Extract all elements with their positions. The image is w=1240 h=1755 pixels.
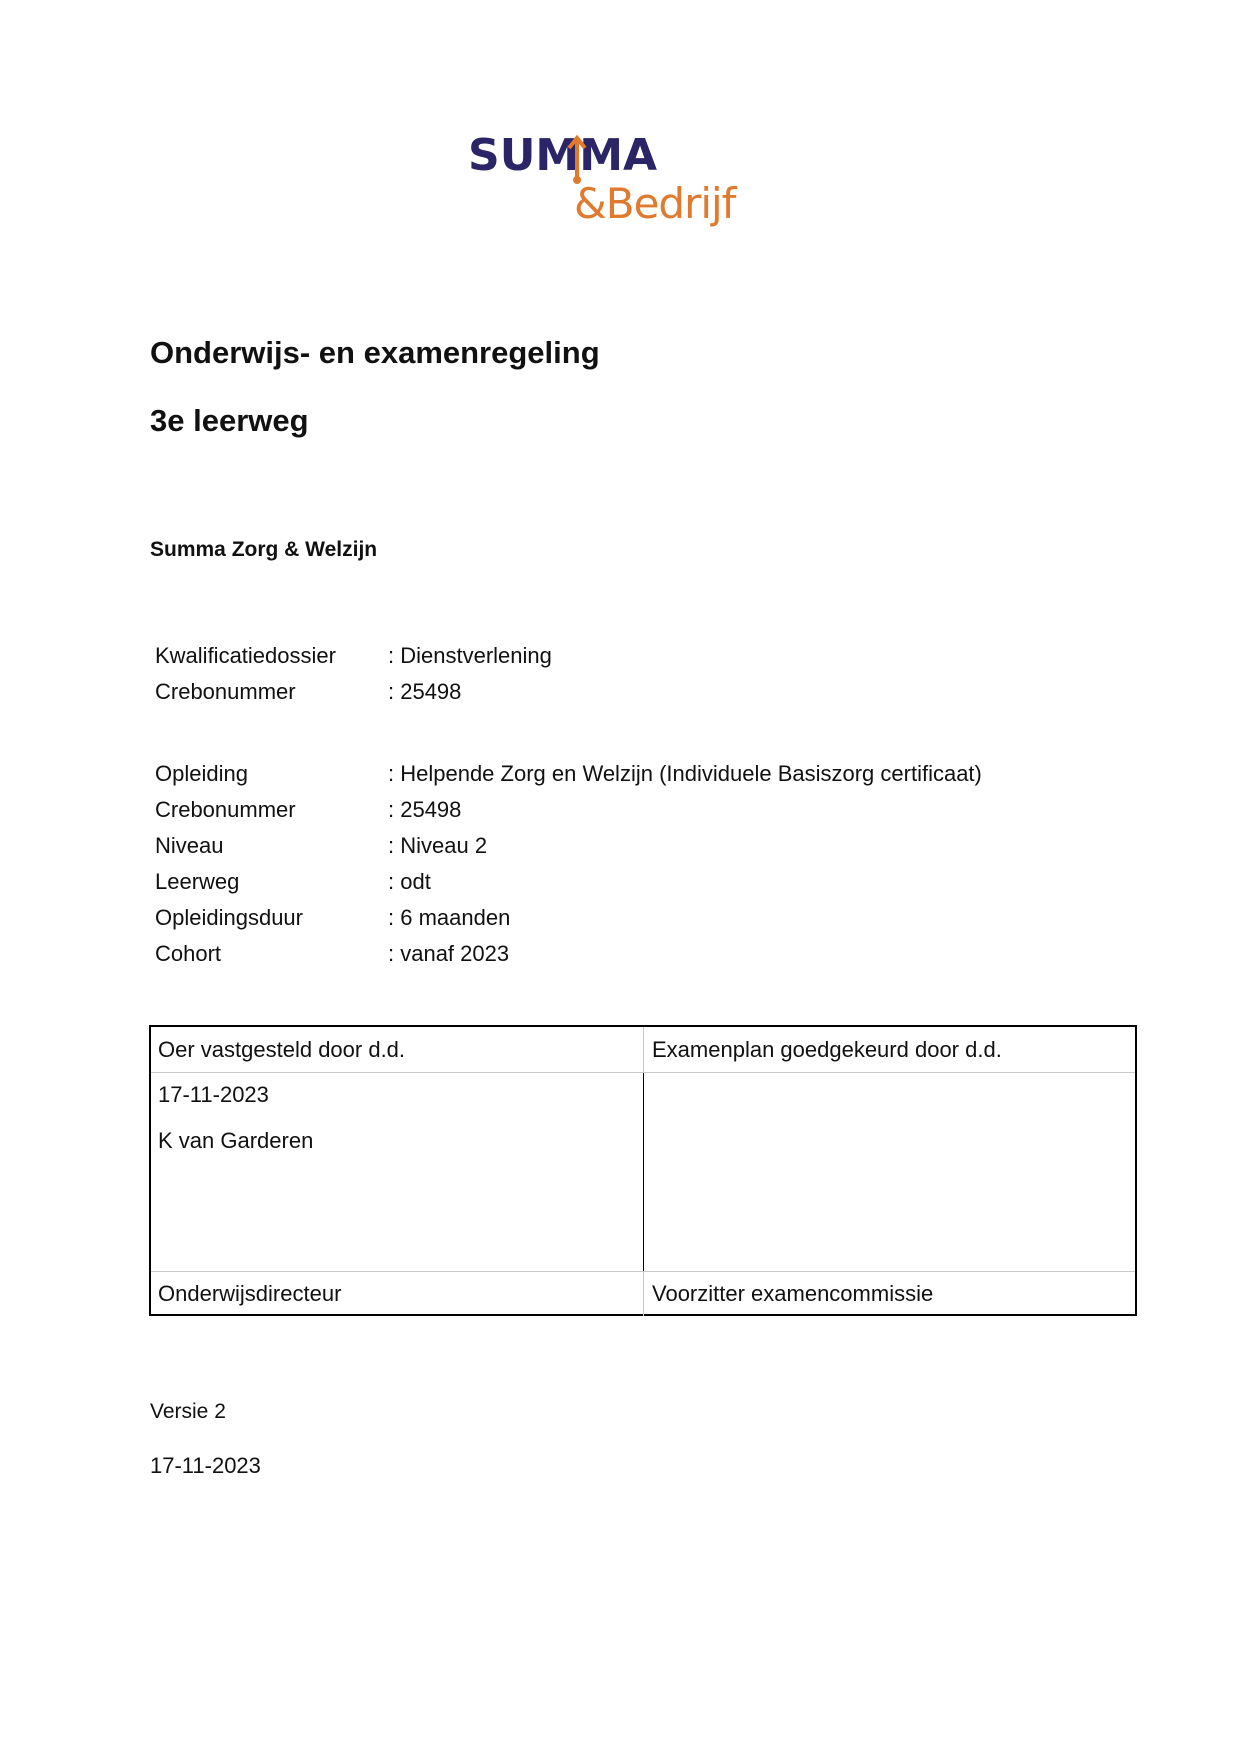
info-label: Crebonummer	[155, 792, 388, 828]
document-version: Versie 2	[150, 1399, 226, 1425]
info-row: Leerweg : odt	[155, 864, 982, 900]
info-value: : 25498	[388, 674, 461, 710]
approval-table: Oer vastgesteld door d.d. Examenplan goe…	[149, 1025, 1137, 1316]
info-value: : Niveau 2	[388, 828, 487, 864]
info-value: : Helpende Zorg en Welzijn (Individuele …	[388, 756, 982, 792]
info-label: Cohort	[155, 936, 388, 972]
info-value: : 6 maanden	[388, 900, 510, 936]
info-row: Crebonummer : 25498	[155, 792, 982, 828]
table-column-divider	[643, 1027, 644, 1072]
info-value: : odt	[388, 864, 431, 900]
approval-date: 17-11-2023	[158, 1082, 269, 1108]
info-row: Opleiding : Helpende Zorg en Welzijn (In…	[155, 756, 982, 792]
info-row: Opleidingsduur : 6 maanden	[155, 900, 982, 936]
approver-name: K van Garderen	[158, 1128, 313, 1154]
info-row: Cohort : vanaf 2023	[155, 936, 982, 972]
table-footer-role-right: Voorzitter examencommissie	[652, 1281, 933, 1307]
info-label: Opleidingsduur	[155, 900, 388, 936]
qualification-info: Kwalificatiedossier : Dienstverlening Cr…	[155, 638, 552, 710]
info-label: Opleiding	[155, 756, 388, 792]
summa-bedrijf-logo: SUMMA &Bedrijf	[466, 128, 766, 238]
document-date: 17-11-2023	[150, 1452, 261, 1480]
info-row: Crebonummer : 25498	[155, 674, 552, 710]
info-row: Niveau : Niveau 2	[155, 828, 982, 864]
info-value: : 25498	[388, 792, 461, 828]
document-title: Onderwijs- en examenregeling	[150, 333, 600, 373]
info-label: Crebonummer	[155, 674, 388, 710]
info-label: Leerweg	[155, 864, 388, 900]
table-footer-role-left: Onderwijsdirecteur	[158, 1281, 341, 1307]
info-row: Kwalificatiedossier : Dienstverlening	[155, 638, 552, 674]
table-column-divider	[643, 1073, 644, 1271]
document-subtitle: 3e leerweg	[150, 401, 309, 441]
info-value: : vanaf 2023	[388, 936, 509, 972]
info-label: Niveau	[155, 828, 388, 864]
program-info: Opleiding : Helpende Zorg en Welzijn (In…	[155, 756, 982, 972]
table-column-divider	[643, 1272, 644, 1316]
info-label: Kwalificatiedossier	[155, 638, 388, 674]
organization-name: Summa Zorg & Welzijn	[150, 537, 377, 563]
info-value: : Dienstverlening	[388, 638, 552, 674]
logo-bedrijf-text: &Bedrijf	[574, 176, 735, 232]
table-header-oer: Oer vastgesteld door d.d.	[158, 1037, 405, 1063]
table-header-examenplan: Examenplan goedgekeurd door d.d.	[652, 1037, 1002, 1063]
